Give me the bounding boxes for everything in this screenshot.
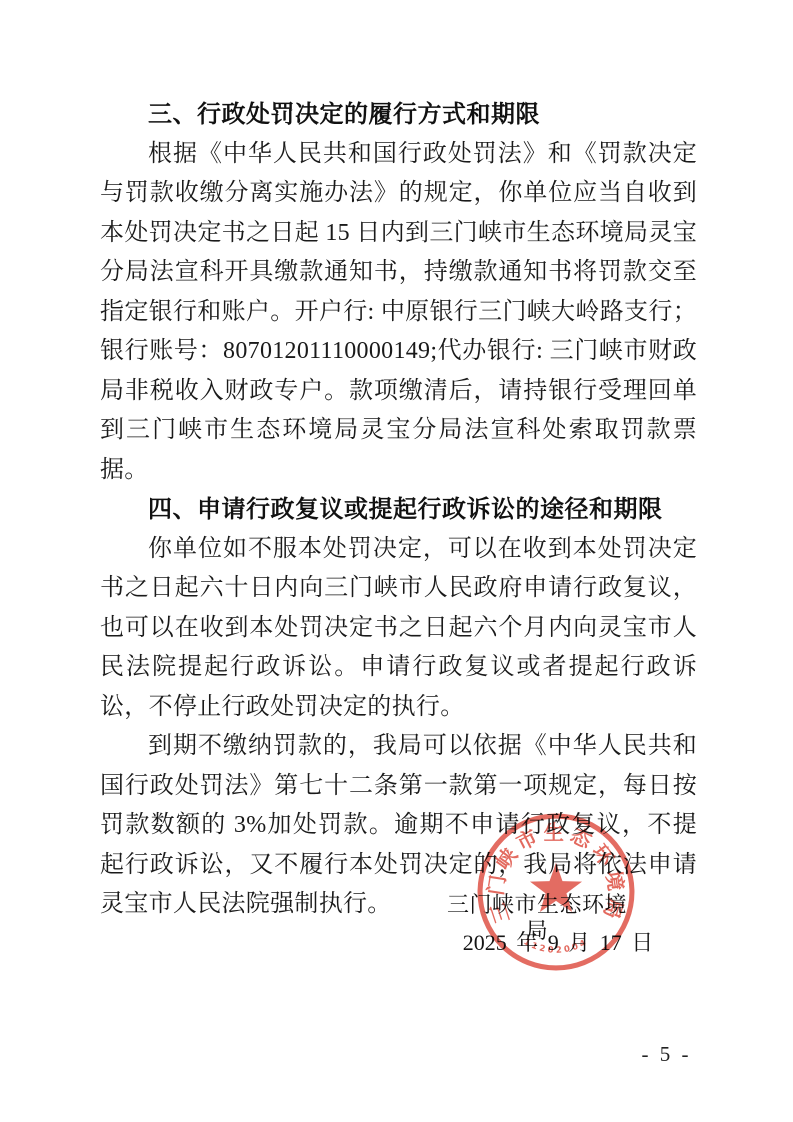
section-fulfillment: 三、行政处罚决定的履行方式和期限 根据《中华人民共和国行政处罚法》和《罚款决定与… [100, 95, 697, 490]
document-content: 三、行政处罚决定的履行方式和期限 根据《中华人民共和国行政处罚法》和《罚款决定与… [100, 95, 697, 925]
section-4-heading: 四、申请行政复议或提起行政诉讼的途径和期限 [100, 490, 697, 530]
section-appeal: 四、申请行政复议或提起行政诉讼的途径和期限 你单位如不服本处罚决定，可以在收到本… [100, 490, 697, 925]
decision-date: 2025 年 9 月 17 日 [458, 930, 658, 956]
section-3-heading: 三、行政处罚决定的履行方式和期限 [100, 95, 697, 135]
section-4-paragraph-review: 你单位如不服本处罚决定，可以在收到本处罚决定书之日起六十日内向三门峡市人民政府申… [100, 530, 697, 728]
page-number: - 5 - [630, 1042, 700, 1067]
section-3-paragraph-payment: 根据《中华人民共和国行政处罚法》和《罚款决定与罚款收缴分离实施办法》的规定，你单… [100, 135, 697, 491]
document-page: 三、行政处罚决定的履行方式和期限 根据《中华人民共和国行政处罚法》和《罚款决定与… [0, 0, 793, 1122]
